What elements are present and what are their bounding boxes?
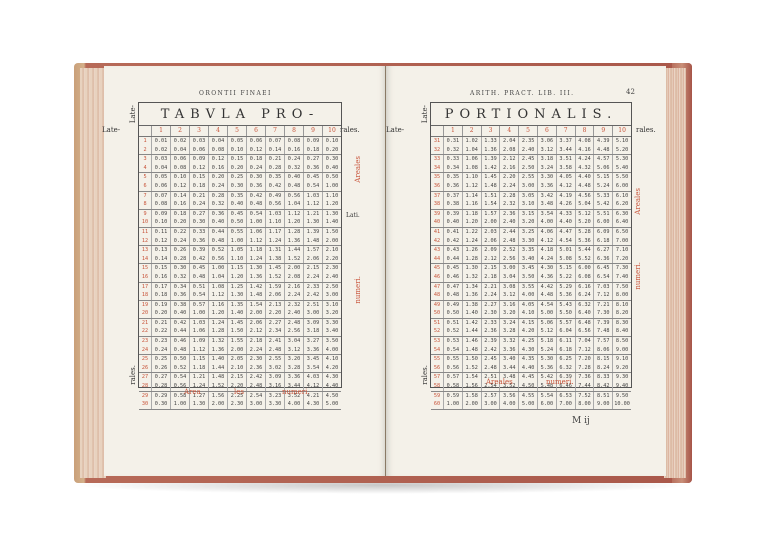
- table-cell: 0.59: [443, 392, 462, 401]
- table-row: 380.381.161.542.323.103.484.265.045.426.…: [431, 200, 631, 210]
- table-cell: 2.05: [227, 355, 246, 364]
- signature-mark: M ij: [572, 416, 590, 426]
- table-cell: 3.00: [246, 400, 265, 409]
- table-cell: 2.21: [481, 283, 500, 292]
- table-cell: 0.19: [151, 301, 170, 310]
- table-cell: 6.00: [593, 218, 612, 227]
- table-cell: 0.18: [151, 291, 170, 300]
- table-cell: 5.20: [612, 146, 631, 155]
- table-cell: 1.36: [462, 291, 481, 300]
- table-cell: 4.40: [518, 364, 537, 373]
- table-cell: 6.18: [593, 237, 612, 246]
- table-cell: 4.32: [575, 164, 594, 173]
- table-row: 430.431.262.092.523.354.185.015.446.277.…: [431, 246, 631, 255]
- table-cell: 4.20: [518, 327, 537, 336]
- table-cell: 0.46: [170, 337, 189, 346]
- table-cell: 2.08: [499, 146, 518, 155]
- table-cell: 4.12: [537, 237, 556, 246]
- table-cell: 7.52: [575, 392, 594, 401]
- table-row: 370.371.141.512.283.053.424.194.565.336.…: [431, 192, 631, 201]
- table-cell: 6.27: [593, 246, 612, 255]
- table-cell: 0.20: [227, 164, 246, 173]
- table-cell: 3.36: [499, 346, 518, 355]
- table-cell: 2.51: [303, 301, 322, 310]
- table-cell: 1.40: [227, 309, 246, 318]
- table-row: 270.270.541.211.482.152.423.093.364.034.…: [139, 373, 341, 382]
- table-row: 150.150.300.451.001.151.301.452.002.152.…: [139, 264, 341, 273]
- table-cell: 6.56: [575, 327, 594, 336]
- table-cell: 1.00: [189, 309, 208, 318]
- table-cell: 0.09: [303, 137, 322, 146]
- table-cell: 0.30: [170, 264, 189, 273]
- table-cell: 6.09: [593, 228, 612, 237]
- table-row: 110.110.220.330.440.551.061.171.281.391.…: [139, 228, 341, 237]
- side-label-top: Late-: [129, 105, 137, 123]
- table-cell: 1.20: [462, 218, 481, 227]
- table-cell: 1.30: [322, 210, 341, 219]
- table-cell: 5.12: [537, 327, 556, 336]
- table-cell: 6.16: [575, 283, 594, 292]
- table-cell: 4.54: [556, 237, 575, 246]
- table-cell: 8.42: [593, 382, 612, 391]
- table-cell: 0.36: [208, 210, 227, 219]
- table-cell: 1.20: [322, 200, 341, 209]
- table-cell: 4.05: [518, 301, 537, 310]
- table-cell: 2.40: [322, 273, 341, 282]
- table-cell: 3.12: [537, 146, 556, 155]
- table-cell: 6.40: [575, 309, 594, 318]
- table-row: 580.581.562.543.524.505.486.467.448.429.…: [431, 382, 631, 392]
- table-cell: 1.48: [481, 182, 500, 191]
- table-cell: 0.34: [443, 164, 462, 173]
- table-cell: 1.02: [462, 137, 481, 146]
- table-cell: 0.24: [151, 346, 170, 355]
- table-row: 560.561.522.483.444.405.366.327.288.249.…: [431, 364, 631, 374]
- table-cell: 0.30: [189, 218, 208, 227]
- table-cell: 0.56: [284, 192, 303, 201]
- table-row: 330.331.061.392.122.453.183.514.244.575.…: [431, 155, 631, 164]
- table-cell: 0.31: [443, 137, 462, 146]
- table-cell: 9.40: [612, 382, 631, 391]
- table-cell: 1.57: [481, 210, 500, 219]
- table-row: 350.351.101.452.202.553.304.054.405.155.…: [431, 173, 631, 182]
- table-cell: 3.32: [499, 337, 518, 346]
- table-cell: 4.25: [518, 337, 537, 346]
- table-row: 170.170.340.511.081.251.421.592.162.332.…: [139, 283, 341, 292]
- table-cell: 1.30: [303, 218, 322, 227]
- table-cell: 0.30: [151, 400, 170, 409]
- table-cell: 4.19: [556, 192, 575, 201]
- table-cell: 7.50: [612, 283, 631, 292]
- table-row: 400.401.202.002.403.204.004.405.206.006.…: [431, 218, 631, 228]
- table-cell: 0.57: [189, 301, 208, 310]
- table-cell: 2.27: [481, 301, 500, 310]
- table-cell: 4.50: [322, 392, 341, 401]
- table-cell: 3.28: [284, 364, 303, 373]
- table-cell: 4.40: [322, 382, 341, 391]
- table-cell: 1.57: [303, 246, 322, 255]
- table-cell: 0.30: [246, 173, 265, 182]
- table-cell: 7.36: [575, 373, 594, 382]
- table-cell: 0.44: [443, 255, 462, 264]
- table-row: 250.250.501.151.402.052.302.553.203.454.…: [139, 355, 341, 364]
- table-cell: 6.53: [556, 392, 575, 401]
- table-cell: 2.03: [481, 228, 500, 237]
- table-cell: 7.30: [593, 309, 612, 318]
- table-cell: 2.12: [499, 155, 518, 164]
- table-cell: 4.00: [499, 400, 518, 409]
- table-cell: 5.00: [537, 309, 556, 318]
- table-cell: 5.33: [593, 192, 612, 201]
- table-cell: 3.00: [518, 182, 537, 191]
- table-cell: 2.30: [246, 355, 265, 364]
- table-cell: 0.05: [227, 137, 246, 146]
- table-cell: 0.12: [151, 237, 170, 246]
- table-cell: 4.00: [322, 346, 341, 355]
- table-cell: 6.00: [612, 182, 631, 191]
- margin-areales: Areales: [354, 156, 362, 183]
- table-cell: 1.48: [208, 373, 227, 382]
- table-cell: 1.08: [462, 164, 481, 173]
- table-cell: 0.42: [189, 255, 208, 264]
- table-cell: 4.39: [593, 137, 612, 146]
- table-cell: 1.44: [284, 246, 303, 255]
- table-cell: 0.21: [265, 155, 284, 164]
- table-cell: 2.36: [499, 210, 518, 219]
- table-cell: 1.16: [208, 301, 227, 310]
- table-cell: 0.02: [151, 146, 170, 155]
- table-cell: 3.44: [556, 146, 575, 155]
- table-cell: 2.36: [481, 327, 500, 336]
- table-row: 90.090.180.270.360.450.541.031.121.211.3…: [139, 210, 341, 219]
- table-cell: 1.24: [246, 255, 265, 264]
- table-cell: 0.03: [151, 155, 170, 164]
- table-cell: 0.26: [170, 246, 189, 255]
- table-cell: 4.48: [575, 182, 594, 191]
- table-cell: 0.05: [151, 173, 170, 182]
- table-cell: 6.00: [575, 264, 594, 273]
- table-cell: 6.10: [612, 192, 631, 201]
- table-cell: 5.10: [612, 137, 631, 146]
- table-cell: 0.33: [189, 228, 208, 237]
- table-cell: 1.30: [227, 291, 246, 300]
- table-cell: 10.00: [612, 400, 631, 409]
- table-cell: 3.12: [499, 291, 518, 300]
- table-row: 590.591.582.573.564.555.546.537.528.519.…: [431, 392, 631, 401]
- table-cell: 0.29: [151, 392, 170, 401]
- table-cell: 0.32: [284, 164, 303, 173]
- table-cell: 1.46: [462, 337, 481, 346]
- table-cell: 0.13: [151, 246, 170, 255]
- table-cell: 0.12: [189, 164, 208, 173]
- table-cell: 4.48: [537, 291, 556, 300]
- table-cell: 4.24: [575, 155, 594, 164]
- table-cell: 0.52: [443, 327, 462, 336]
- table-cell: 1.42: [481, 164, 500, 173]
- table-cell: 0.35: [443, 173, 462, 182]
- table-row: 230.230.461.091.321.552.182.413.043.273.…: [139, 337, 341, 346]
- table-cell: 1.58: [462, 392, 481, 401]
- table-cell: 7.30: [612, 264, 631, 273]
- table-cell: 2.16: [284, 283, 303, 292]
- table-cell: 1.45: [265, 264, 284, 273]
- table-cell: 2.00: [284, 264, 303, 273]
- table-cell: 8.15: [593, 355, 612, 364]
- table-cell: 2.40: [499, 218, 518, 227]
- table-cell: 3.37: [556, 137, 575, 146]
- table-cell: 7.21: [593, 301, 612, 310]
- table-cell: 5.01: [556, 246, 575, 255]
- table-cell: 0.50: [443, 309, 462, 318]
- table-cell: 2.24: [303, 273, 322, 282]
- table-cell: 7.20: [612, 255, 631, 264]
- side-label-right: rales.: [636, 126, 656, 134]
- table-cell: 3.00: [481, 400, 500, 409]
- table-row: 550.551.502.453.404.355.306.257.208.159.…: [431, 355, 631, 364]
- table-cell: 1.38: [265, 255, 284, 264]
- table-cell: 3.48: [537, 200, 556, 209]
- table-cell: 8.20: [612, 309, 631, 318]
- table-cell: 0.45: [227, 210, 246, 219]
- table-cell: 4.10: [322, 355, 341, 364]
- table-cell: 1.28: [208, 327, 227, 336]
- table-row: 440.441.282.122.563.404.245.085.526.367.…: [431, 255, 631, 265]
- table-cell: 0.56: [443, 364, 462, 373]
- table-cell: 1.10: [265, 218, 284, 227]
- table-cell: 2.48: [246, 382, 265, 391]
- table-cell: 0.04: [170, 146, 189, 155]
- table-cell: 5.54: [537, 392, 556, 401]
- table-cell: 0.36: [303, 164, 322, 173]
- table-cell: 4.40: [575, 173, 594, 182]
- table-cell: 2.56: [499, 255, 518, 264]
- side-label-top: Late-: [421, 105, 429, 123]
- margin-areales: Areales: [634, 188, 642, 215]
- table-cell: 2.12: [246, 327, 265, 336]
- table-cell: 0.14: [170, 192, 189, 201]
- table-cell: 1.30: [189, 400, 208, 409]
- table-cell: 0.36: [246, 182, 265, 191]
- table-cell: 4.48: [593, 146, 612, 155]
- table-cell: 4.24: [537, 255, 556, 264]
- table-cell: 1.36: [284, 237, 303, 246]
- table-cell: 3.54: [303, 364, 322, 373]
- table-cell: 1.18: [189, 364, 208, 373]
- table-cell: 5.24: [593, 182, 612, 191]
- table-cell: 3.00: [303, 309, 322, 318]
- table-cell: 1.10: [462, 173, 481, 182]
- table-cell: 0.04: [151, 164, 170, 173]
- table-cell: 1.35: [227, 301, 246, 310]
- table-cell: 2.20: [499, 173, 518, 182]
- table-cell: 2.20: [322, 255, 341, 264]
- table-cell: 3.09: [303, 319, 322, 328]
- table-cell: 0.49: [443, 301, 462, 310]
- table-cell: 2.48: [481, 364, 500, 373]
- table-cell: 1.24: [265, 237, 284, 246]
- table-cell: 0.21: [151, 319, 170, 328]
- table-cell: 0.52: [208, 246, 227, 255]
- table-cell: 0.36: [443, 182, 462, 191]
- table-cell: 4.08: [575, 137, 594, 146]
- table-cell: 0.40: [284, 173, 303, 182]
- table-cell: 0.45: [303, 173, 322, 182]
- table-cell: 0.28: [265, 164, 284, 173]
- table-cell: 0.30: [227, 182, 246, 191]
- table-cell: 0.15: [227, 155, 246, 164]
- table-cell: 3.50: [322, 337, 341, 346]
- table-cell: 2.54: [246, 392, 265, 401]
- table-cell: 6.30: [612, 210, 631, 219]
- table-cell: 7.12: [593, 291, 612, 300]
- table-cell: 2.18: [246, 337, 265, 346]
- table-row: 340.341.081.422.162.503.243.584.325.065.…: [431, 164, 631, 174]
- table-cell: 1.12: [462, 182, 481, 191]
- table-cell: 7.12: [575, 346, 594, 355]
- table-cell: 0.49: [265, 192, 284, 201]
- table-cell: 1.08: [208, 283, 227, 292]
- table-cell: 1.39: [303, 228, 322, 237]
- table-cell: 5.08: [556, 255, 575, 264]
- table-cell: 2.45: [481, 355, 500, 364]
- table-cell: 1.56: [208, 392, 227, 401]
- table-cell: 1.00: [170, 400, 189, 409]
- table-cell: 0.06: [170, 155, 189, 164]
- table-cell: 5.30: [612, 155, 631, 164]
- table-cell: 1.04: [208, 273, 227, 282]
- table-cell: 6.54: [593, 273, 612, 282]
- margin-numeri: numeri.: [634, 262, 642, 290]
- table-cell: 0.35: [227, 192, 246, 201]
- table-cell: 6.50: [612, 228, 631, 237]
- table-cell: 0.20: [208, 173, 227, 182]
- table-row: 410.411.222.032.443.254.064.475.286.096.…: [431, 228, 631, 237]
- table-cell: 6.00: [537, 400, 556, 409]
- table-cell: 0.54: [443, 346, 462, 355]
- table-cell: 2.13: [265, 301, 284, 310]
- table-cell: 0.48: [443, 291, 462, 300]
- table-cell: 2.33: [303, 283, 322, 292]
- table-cell: 0.45: [443, 264, 462, 273]
- table-cell: 2.39: [481, 337, 500, 346]
- table-cell: 0.40: [208, 218, 227, 227]
- table-cell: 0.18: [189, 182, 208, 191]
- table-cell: 2.30: [322, 264, 341, 273]
- column-label: 7: [556, 126, 575, 136]
- table-cell: 0.48: [170, 346, 189, 355]
- table-cell: 4.16: [575, 146, 594, 155]
- table-cell: 2.30: [227, 400, 246, 409]
- table-cell: 0.18: [246, 155, 265, 164]
- table-cell: 0.36: [170, 291, 189, 300]
- table-cell: 0.48: [208, 237, 227, 246]
- table-cell: 0.38: [170, 301, 189, 310]
- column-label: 6: [246, 126, 265, 136]
- column-label: 3: [189, 126, 208, 136]
- table-cell: 1.39: [481, 155, 500, 164]
- table-cell: 1.00: [227, 237, 246, 246]
- table-cell: 1.20: [208, 309, 227, 318]
- table-cell: 3.00: [322, 291, 341, 300]
- table-row: 160.160.320.481.041.201.361.522.082.242.…: [139, 273, 341, 283]
- table-cell: 2.24: [499, 182, 518, 191]
- table-cell: 1.40: [322, 218, 341, 227]
- table-cell: 1.59: [265, 283, 284, 292]
- footer-areales: Areales: [486, 378, 513, 386]
- table-row: 510.511.422.333.244.155.065.576.487.398.…: [431, 319, 631, 328]
- table-cell: 0.32: [170, 273, 189, 282]
- table-row: 120.120.240.360.481.001.121.241.361.482.…: [139, 237, 341, 247]
- table-cell: 4.15: [518, 319, 537, 328]
- table-cell: 3.56: [499, 392, 518, 401]
- table-cell: 5.44: [575, 246, 594, 255]
- table-cell: 0.52: [170, 364, 189, 373]
- table-cell: 1.25: [227, 283, 246, 292]
- table-cell: 5.40: [612, 164, 631, 173]
- table-cell: 1.00: [322, 182, 341, 191]
- table-cell: 6.11: [556, 337, 575, 346]
- column-label: 10: [612, 126, 631, 136]
- table-cell: 7.57: [593, 337, 612, 346]
- table-cell: 1.40: [208, 355, 227, 364]
- table-cell: 3.30: [322, 319, 341, 328]
- table-cell: 3.02: [265, 364, 284, 373]
- table-cell: 0.09: [189, 155, 208, 164]
- table-cell: 2.55: [265, 355, 284, 364]
- table-cell: 5.36: [575, 237, 594, 246]
- table-cell: 1.18: [462, 210, 481, 219]
- table-cell: 0.56: [208, 255, 227, 264]
- table-cell: 1.40: [462, 309, 481, 318]
- table-cell: 0.08: [151, 200, 170, 209]
- table-cell: 3.30: [537, 173, 556, 182]
- table-row: 320.321.041.362.082.403.123.444.164.485.…: [431, 146, 631, 156]
- table-cell: 5.50: [612, 173, 631, 182]
- table-cell: 3.55: [518, 283, 537, 292]
- table-cell: 4.40: [556, 218, 575, 227]
- column-label: 8: [575, 126, 594, 136]
- table-cell: 5.15: [593, 173, 612, 182]
- table-cell: 0.24: [170, 237, 189, 246]
- table-row: 190.190.380.571.161.351.542.132.322.513.…: [139, 301, 341, 310]
- table-row: 70.070.140.210.280.350.420.490.561.031.1…: [139, 192, 341, 201]
- table-cell: 3.30: [518, 237, 537, 246]
- table-cell: 3.16: [499, 301, 518, 310]
- footer-area: Area: [184, 388, 201, 396]
- table-cell: 3.36: [284, 373, 303, 382]
- table-cell: 5.30: [537, 355, 556, 364]
- table-cell: 2.24: [481, 291, 500, 300]
- table-cell: 4.54: [537, 301, 556, 310]
- table-cell: 3.04: [499, 273, 518, 282]
- table-cell: 0.35: [265, 173, 284, 182]
- table-cell: 3.30: [265, 400, 284, 409]
- table-cell: 3.09: [265, 373, 284, 382]
- table-cell: 4.47: [556, 228, 575, 237]
- table-row: 220.220.441.061.281.502.122.342.563.183.…: [139, 327, 341, 337]
- table-cell: 2.09: [481, 246, 500, 255]
- table-cell: 2.56: [284, 327, 303, 336]
- right-page: ARITH. PRACT. LIB. III. 42 Late- rales. …: [386, 66, 666, 476]
- table-cell: 5.50: [556, 309, 575, 318]
- table-cell: 8.10: [612, 301, 631, 310]
- table-cell: 0.16: [170, 200, 189, 209]
- table-cell: 0.51: [443, 319, 462, 328]
- table-row: 100.100.200.300.400.501.001.101.201.301.…: [139, 218, 341, 228]
- table-cell: 4.30: [322, 373, 341, 382]
- table-cell: 4.10: [518, 309, 537, 318]
- table-cell: 1.18: [246, 246, 265, 255]
